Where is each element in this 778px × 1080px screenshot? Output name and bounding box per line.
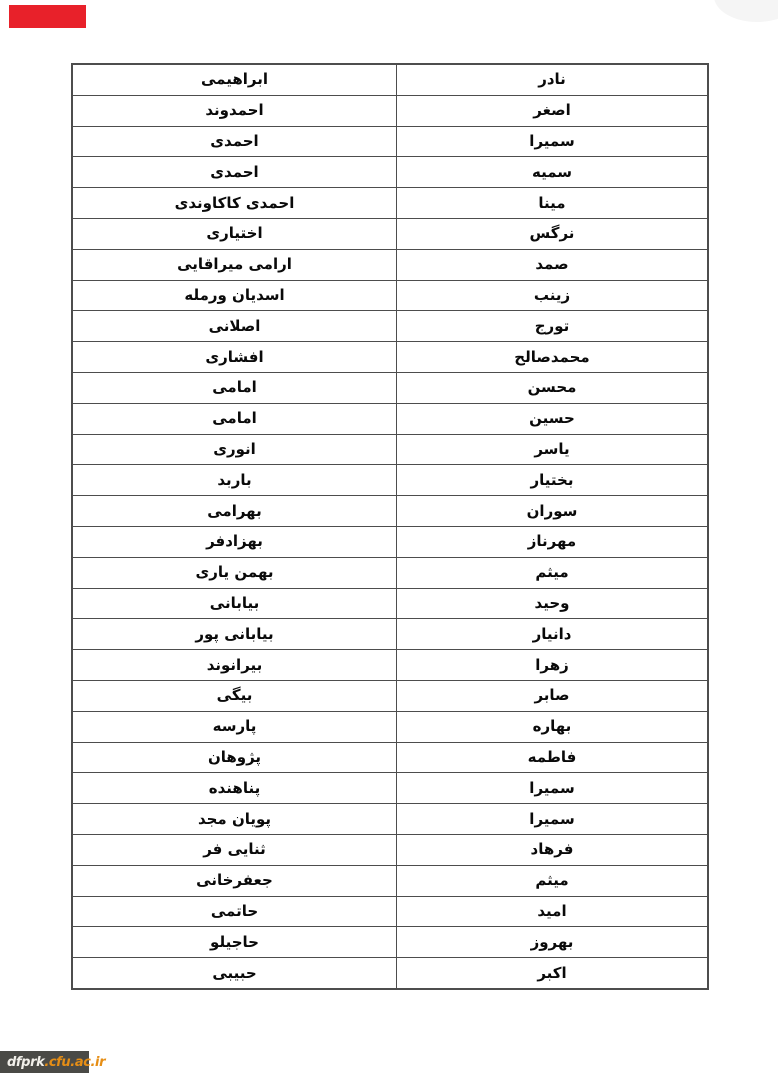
last-name-cell: پارسه — [72, 711, 397, 742]
first-name-cell: حسین — [397, 403, 709, 434]
table-row: سورانبهرامی — [72, 496, 708, 527]
first-name-cell: سوران — [397, 496, 709, 527]
table-row: فرهادثنایی فر — [72, 834, 708, 865]
first-name-cell: بهاره — [397, 711, 709, 742]
last-name-cell: اسدیان ورمله — [72, 280, 397, 311]
table-row: محمدصالحافشاری — [72, 342, 708, 373]
last-name-cell: جعفرخانی — [72, 865, 397, 896]
last-name-cell: بهزادفر — [72, 526, 397, 557]
table-row: زینباسدیان ورمله — [72, 280, 708, 311]
last-name-cell: پژوهان — [72, 742, 397, 773]
first-name-cell: دانیار — [397, 619, 709, 650]
watermark-site-suffix: .cfu.ac.ir — [44, 1055, 105, 1070]
first-name-cell: نرگس — [397, 218, 709, 249]
first-name-cell: میثم — [397, 557, 709, 588]
last-name-cell: بهرامی — [72, 496, 397, 527]
last-name-cell: احمدی — [72, 157, 397, 188]
table-row: یاسرانوری — [72, 434, 708, 465]
table-row: وحیدبیابانی — [72, 588, 708, 619]
last-name-cell: ابراهیمی — [72, 64, 397, 95]
first-name-cell: صمد — [397, 249, 709, 280]
first-name-cell: فاطمه — [397, 742, 709, 773]
last-name-cell: امامی — [72, 372, 397, 403]
last-name-cell: اصلانی — [72, 311, 397, 342]
first-name-cell: سمیرا — [397, 126, 709, 157]
last-name-cell: احمدی کاکاوندی — [72, 188, 397, 219]
last-name-cell: پناهنده — [72, 773, 397, 804]
first-name-cell: سمیرا — [397, 804, 709, 835]
document-page: نادرابراهیمیاصغراحمدوندسمیرااحمدیسمیهاحم… — [0, 0, 778, 1080]
first-name-cell: مهرناز — [397, 526, 709, 557]
site-watermark: dfprk.cfu.ac.ir — [0, 1051, 89, 1073]
table-row: بهروزحاجیلو — [72, 927, 708, 958]
table-row: بختیارباربد — [72, 465, 708, 496]
last-name-cell: بیابانی پور — [72, 619, 397, 650]
last-name-cell: حبیبی — [72, 958, 397, 989]
first-name-cell: میثم — [397, 865, 709, 896]
last-name-cell: بیابانی — [72, 588, 397, 619]
last-name-cell: بیگی — [72, 680, 397, 711]
first-name-cell: اکبر — [397, 958, 709, 989]
last-name-cell: احمدوند — [72, 95, 397, 126]
first-name-cell: صابر — [397, 680, 709, 711]
table-row: حسینامامی — [72, 403, 708, 434]
table-row: سمیهاحمدی — [72, 157, 708, 188]
table-row: مهرنازبهزادفر — [72, 526, 708, 557]
table-row: اصغراحمدوند — [72, 95, 708, 126]
page-curl-corner — [714, 0, 778, 22]
table-row: امیدحاتمی — [72, 896, 708, 927]
last-name-cell: حاجیلو — [72, 927, 397, 958]
table-row: صابربیگی — [72, 680, 708, 711]
last-name-cell: احمدی — [72, 126, 397, 157]
last-name-cell: امامی — [72, 403, 397, 434]
table-row: فاطمهپژوهان — [72, 742, 708, 773]
table-row: تورجاصلانی — [72, 311, 708, 342]
table-row: میثمجعفرخانی — [72, 865, 708, 896]
table-row: سمیراپویان مجد — [72, 804, 708, 835]
first-name-cell: نادر — [397, 64, 709, 95]
first-name-cell: محمدصالح — [397, 342, 709, 373]
first-name-cell: محسن — [397, 372, 709, 403]
first-name-cell: سمیرا — [397, 773, 709, 804]
table-row: اکبرحبیبی — [72, 958, 708, 989]
table-row: صمدارامی میراقایی — [72, 249, 708, 280]
names-table-body: نادرابراهیمیاصغراحمدوندسمیرااحمدیسمیهاحم… — [72, 64, 708, 989]
last-name-cell: حاتمی — [72, 896, 397, 927]
last-name-cell: انوری — [72, 434, 397, 465]
first-name-cell: یاسر — [397, 434, 709, 465]
first-name-cell: فرهاد — [397, 834, 709, 865]
first-name-cell: بهروز — [397, 927, 709, 958]
table-row: بهارهپارسه — [72, 711, 708, 742]
table-row: محسنامامی — [72, 372, 708, 403]
last-name-cell: ارامی میراقایی — [72, 249, 397, 280]
first-name-cell: وحید — [397, 588, 709, 619]
first-name-cell: تورج — [397, 311, 709, 342]
last-name-cell: ثنایی فر — [72, 834, 397, 865]
last-name-cell: بیرانوند — [72, 650, 397, 681]
table-row: سمیراپناهنده — [72, 773, 708, 804]
last-name-cell: پویان مجد — [72, 804, 397, 835]
table-row: میثمبهمن یاری — [72, 557, 708, 588]
table-row: نادرابراهیمی — [72, 64, 708, 95]
names-table: نادرابراهیمیاصغراحمدوندسمیرااحمدیسمیهاحم… — [71, 63, 709, 990]
last-name-cell: باربد — [72, 465, 397, 496]
first-name-cell: زینب — [397, 280, 709, 311]
last-name-cell: افشاری — [72, 342, 397, 373]
first-name-cell: امید — [397, 896, 709, 927]
first-name-cell: سمیه — [397, 157, 709, 188]
table-row: سمیرااحمدی — [72, 126, 708, 157]
watermark-site-prefix: dfprk — [7, 1055, 44, 1070]
table-row: دانیاربیابانی پور — [72, 619, 708, 650]
table-row: نرگساختیاری — [72, 218, 708, 249]
first-name-cell: مینا — [397, 188, 709, 219]
first-name-cell: اصغر — [397, 95, 709, 126]
last-name-cell: اختیاری — [72, 218, 397, 249]
last-name-cell: بهمن یاری — [72, 557, 397, 588]
first-name-cell: بختیار — [397, 465, 709, 496]
first-name-cell: زهرا — [397, 650, 709, 681]
table-row: مینااحمدی کاکاوندی — [72, 188, 708, 219]
red-marker-bar — [9, 5, 86, 28]
table-row: زهرابیرانوند — [72, 650, 708, 681]
